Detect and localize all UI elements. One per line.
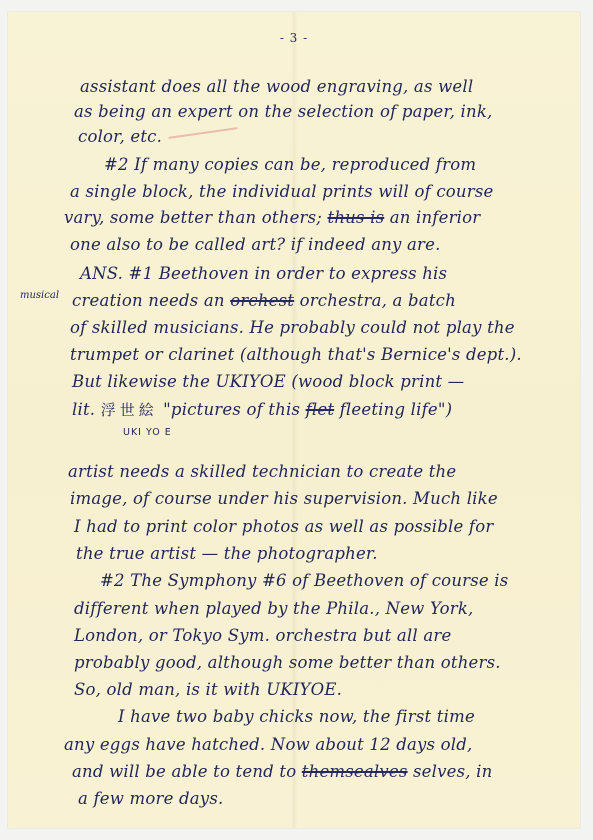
text-line-2: as being an expert on the selection of p… bbox=[74, 102, 492, 121]
letter-page: - 3 - assistant does all the wood engrav… bbox=[8, 12, 580, 828]
text-line-17: the true artist — the photographer. bbox=[76, 544, 378, 563]
text-line-19: different when played by the Phila., New… bbox=[74, 599, 473, 618]
text-line-10: of skilled musicians. He probably could … bbox=[70, 318, 515, 337]
text-line-25: and will be able to tend to themsealves … bbox=[72, 762, 492, 781]
text-line-9-start: creation needs an bbox=[72, 291, 230, 310]
text-line-6-start: vary, some better than others; bbox=[64, 208, 328, 227]
strikethrough-text: themsealves bbox=[302, 762, 408, 781]
text-line-25-end: selves, in bbox=[408, 762, 493, 781]
text-line-7: one also to be called art? if indeed any… bbox=[70, 235, 441, 254]
text-line-8: ANS. #1 Beethoven in order to express hi… bbox=[80, 264, 447, 283]
text-line-22: So, old man, is it with UKIYOE. bbox=[74, 680, 342, 699]
page-number: - 3 - bbox=[8, 31, 580, 45]
text-line-24: any eggs have hatched. Now about 12 days… bbox=[64, 735, 472, 754]
text-line-12: But likewise the UKIYOE (wood block prin… bbox=[72, 372, 464, 391]
strikethrough-text: flet bbox=[306, 400, 335, 419]
text-line-3: color, etc. bbox=[78, 127, 162, 146]
text-line-13-mid: "pictures of this bbox=[158, 400, 306, 419]
text-line-6-end: an inferior bbox=[384, 208, 480, 227]
text-line-5: a single block, the individual prints wi… bbox=[70, 182, 493, 201]
text-line-15: image, of course under his supervision. … bbox=[70, 489, 498, 508]
text-line-26: a few more days. bbox=[78, 789, 223, 808]
text-line-16: I had to print color photos as well as p… bbox=[74, 517, 493, 536]
text-line-13-start: lit. bbox=[72, 400, 101, 419]
text-line-18: #2 The Symphony #6 of Beethoven of cours… bbox=[100, 571, 508, 590]
text-line-25-start: and will be able to tend to bbox=[72, 762, 302, 781]
strikethrough-text: orchest bbox=[230, 291, 294, 310]
pink-stray-mark bbox=[168, 127, 238, 139]
text-line-13: lit. 浮世絵 "pictures of this flet fleeting… bbox=[72, 399, 452, 420]
margin-insertion-note: musical bbox=[20, 290, 59, 301]
text-line-9-end: orchestra, a batch bbox=[294, 291, 456, 310]
text-line-4: #2 If many copies can be, reproduced fro… bbox=[104, 155, 476, 174]
text-line-11: trumpet or clarinet (although that's Ber… bbox=[70, 345, 522, 364]
text-line-21: probably good, although some better than… bbox=[74, 653, 501, 672]
text-line-23: I have two baby chicks now, the first ti… bbox=[118, 707, 475, 726]
text-line-1: assistant does all the wood engraving, a… bbox=[80, 77, 473, 96]
text-line-9: creation needs an orchest orchestra, a b… bbox=[72, 291, 456, 310]
text-line-6: vary, some better than others; thus is a… bbox=[64, 208, 480, 227]
ukiyoe-romaji-annotation: UKI YO E bbox=[123, 427, 172, 438]
ukiyoe-kanji: 浮世絵 bbox=[101, 401, 158, 419]
strikethrough-text: thus is bbox=[328, 208, 385, 227]
text-line-14: artist needs a skilled technician to cre… bbox=[68, 462, 456, 481]
scanned-letter: - 3 - assistant does all the wood engrav… bbox=[0, 0, 593, 840]
text-line-13-end: fleeting life") bbox=[334, 400, 452, 419]
text-line-20: London, or Tokyo Sym. orchestra but all … bbox=[74, 626, 451, 645]
